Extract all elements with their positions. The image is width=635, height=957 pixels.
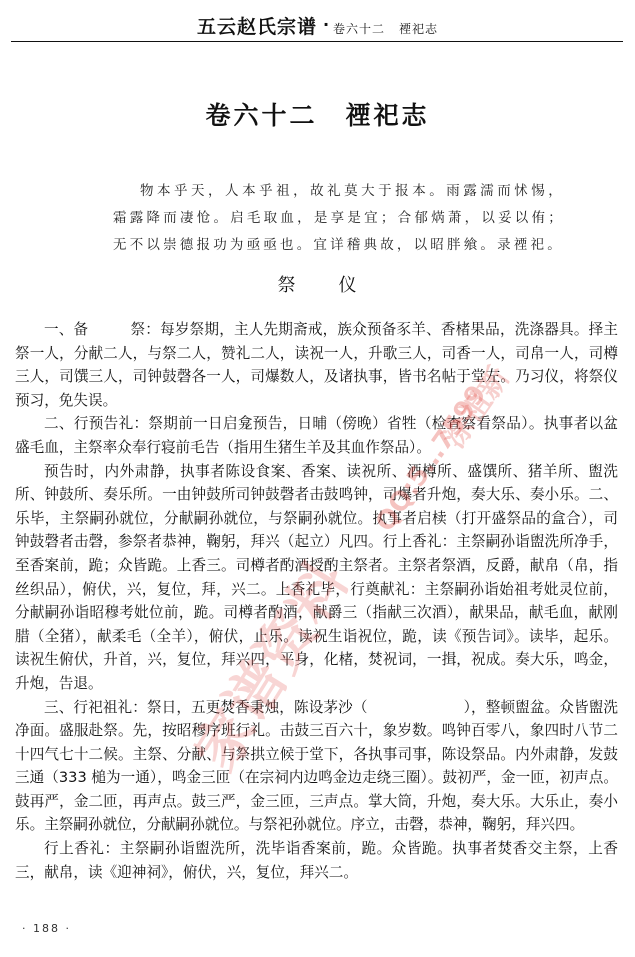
section-title-char-1: 祭 (278, 275, 297, 296)
preface-paragraph: 物本乎天，人本乎祖，故礼莫大于报本。雨露濡而怵惕，霜露降而凄怆。启毛取血，是享是… (113, 178, 565, 259)
chapter-title: 卷六十二禋祀志 (0, 96, 635, 132)
page-number: · 188 · (22, 922, 71, 935)
header-separator: · (323, 15, 329, 34)
paragraph-lead: 一、备 (44, 321, 88, 338)
paragraph-text: 祭：每岁祭期，主人先期斋戒，族众预备豕羊、香楮果品，洗涤器具。择主祭一人，分献二… (15, 321, 618, 409)
header-volume: 卷六十二 (333, 22, 385, 36)
paragraph-preparation: 一、备祭：每岁祭期，主人先期斋戒，族众预备豕羊、香楮果品，洗涤器具。择主祭一人，… (15, 318, 618, 412)
header-rule (11, 41, 623, 42)
body-text: 一、备祭：每岁祭期，主人先期斋戒，族众预备豕羊、香楮果品，洗涤器具。择主祭一人，… (15, 318, 618, 884)
paragraph-incense-rite: 行上香礼：主祭嗣孙诣盥洗所，洗毕诣香案前，跪。众皆跪。执事者焚香交主祭，上香三，… (15, 837, 618, 884)
paragraph-pre-announcement: 二、行预告礼：祭期前一日启龛预告，日晡（傍晚）省牲（检查察看祭品）。执事者以盆盛… (15, 412, 618, 459)
paragraph-lead: 三、行祀祖礼：祭日，五更焚香秉烛，陈设茅沙（ (44, 699, 368, 716)
running-header: 五云赵氏宗谱·卷六十二禋祀志 (0, 12, 635, 36)
book-title: 五云赵氏宗谱 (197, 16, 317, 38)
paragraph-text: ），整顿盥盆。众皆盥洗净面。盛服赴祭。先，按昭穆序班行礼。击鼓三百六十，象岁数。… (15, 699, 618, 834)
chapter-volume: 卷六十二 (205, 101, 317, 130)
section-title-char-2: 仪 (339, 275, 358, 296)
paragraph-ancestor-rite: 三、行祀祖礼：祭日，五更焚香秉烛，陈设茅沙（），整顿盥盆。众皆盥洗净面。盛服赴祭… (15, 696, 618, 838)
paragraph-announcement-procedure: 预告时，内外肃静，执事者陈设食案、香案、读祝所、酒樽所、盛馔所、猪羊所、盥洗所、… (15, 460, 618, 696)
chapter-name: 禋祀志 (346, 101, 430, 130)
section-title: 祭仪 (0, 271, 635, 297)
header-section: 禋祀志 (399, 22, 438, 36)
